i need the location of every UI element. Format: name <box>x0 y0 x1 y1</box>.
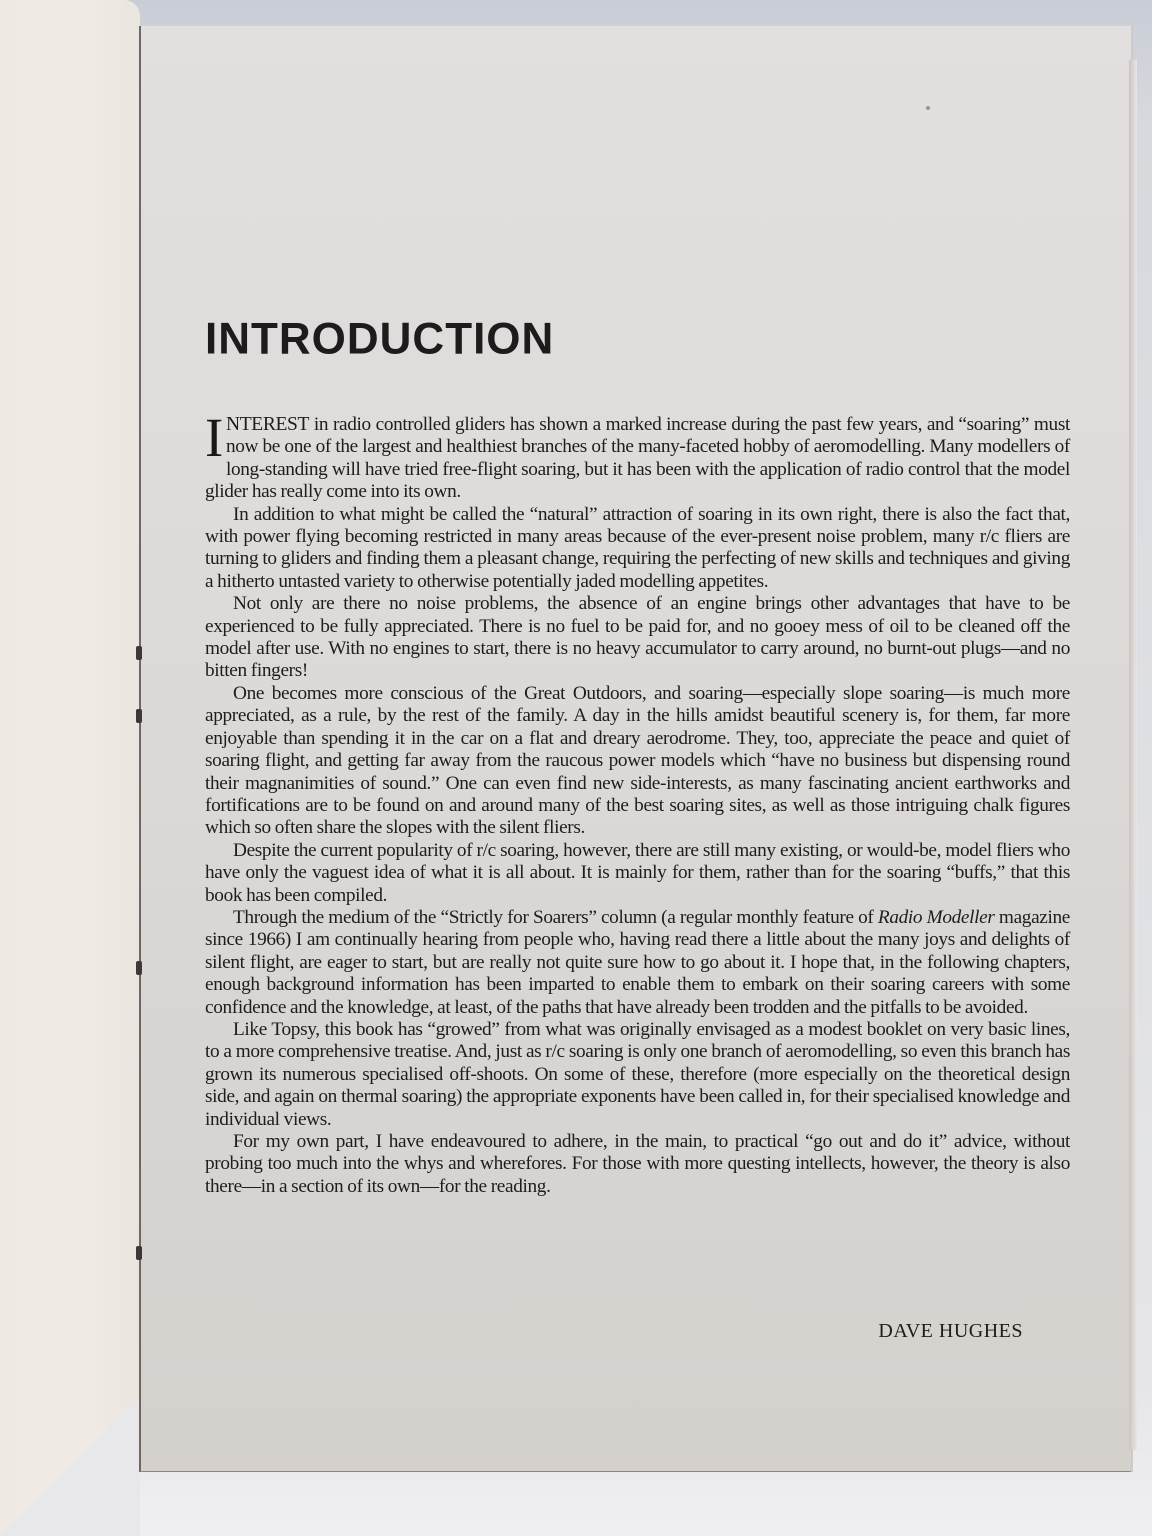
drop-cap: I <box>205 416 223 460</box>
binding-stitch-mark <box>136 1246 142 1260</box>
paragraph-text: in radio controlled gliders has shown a … <box>205 414 1070 502</box>
paragraph-6: Through the medium of the “Strictly for … <box>205 907 1070 1019</box>
facing-page-corner <box>0 1396 140 1536</box>
page-edge-shadow <box>1129 60 1137 1450</box>
binding-stitch-mark <box>136 961 142 975</box>
binding-stitch-mark <box>136 646 142 660</box>
paragraph-text: Through the medium of the “Strictly for … <box>233 907 878 928</box>
paragraph-3: Not only are there no noise problems, th… <box>205 593 1070 683</box>
paragraph-5: Despite the current popularity of r/c so… <box>205 840 1070 907</box>
binding-stitch-mark <box>136 709 142 723</box>
lead-word: NTEREST <box>226 414 309 435</box>
author-signature: DAVE HUGHES <box>878 1320 1023 1343</box>
facing-page-left <box>0 0 140 1536</box>
paragraph-4: One becomes more conscious of the Great … <box>205 683 1070 840</box>
introduction-body: INTEREST in radio controlled gliders has… <box>205 414 1070 1198</box>
publication-title: Radio Modeller <box>878 907 995 928</box>
paragraph-2: In addition to what might be called the … <box>205 504 1070 594</box>
page-title: INTRODUCTION <box>205 314 554 365</box>
paragraph-7: Like Topsy, this book has “growed” from … <box>205 1019 1070 1131</box>
book-page: INTRODUCTION INTEREST in radio controlle… <box>139 26 1131 1472</box>
paper-speck <box>926 106 930 110</box>
paragraph-1: INTEREST in radio controlled gliders has… <box>205 414 1070 504</box>
paragraph-8: For my own part, I have endeavoured to a… <box>205 1131 1070 1198</box>
